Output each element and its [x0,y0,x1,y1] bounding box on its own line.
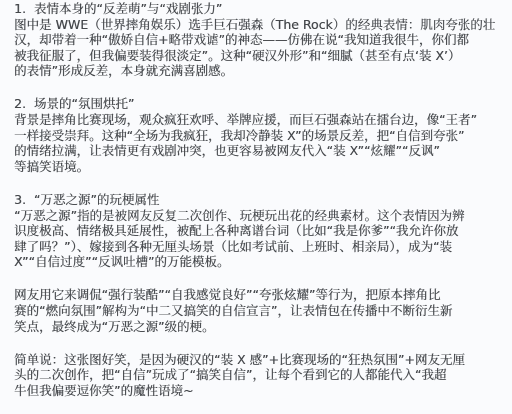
text-line: 一样接受崇拜。这种“全场为我疯狂，我却冷静装 X”的场景反差，把“自信到夸张” [14,128,500,144]
paragraph-section-3: 3. “万恶之源”的玩梗属性 “万恶之源”指的是被网友反复二次创作、玩梗玩出花的… [14,192,500,270]
text-line: 等搞笑语境。 [14,159,500,175]
text-line: 赛的“燃向氛围”解构为“中二又搞笑的自信宣言”，让表情包在传播中不断衍生新 [14,303,500,319]
text-line: 简单说：这张图好笑，是因为硬汉的“装 X 感”+比赛现场的“狂热氛围”+网友无厘 [14,352,500,368]
paragraph-section-1: 1. 表情本身的“反差萌”与“戏剧张力” 图中是 WWE（世界摔角娱乐）选手巨石… [14,1,500,79]
text-line: 背景是摔角比赛现场，观众疯狂欢呼、举牌应援，而巨石强森站在擂台边，像“王者” [14,112,500,128]
section-3-heading: 3. “万恶之源”的玩梗属性 [14,192,500,208]
text-line: 图中是 WWE（世界摔角娱乐）选手巨石强森（The Rock）的经典表情：肌肉夸… [14,17,500,33]
text-line: 牛但我偏要逗你笑”的魔性语境~ [14,383,500,399]
paragraph-summary: 简单说：这张图好笑，是因为硬汉的“装 X 感”+比赛现场的“狂热氛围”+网友无厘… [14,352,500,399]
text-line: 的表情”形成反差，本身就充满喜剧感。 [14,63,500,79]
document-text: 1. 表情本身的“反差萌”与“戏剧张力” 图中是 WWE（世界摔角娱乐）选手巨石… [0,0,512,414]
text-line: “万恶之源”指的是被网友反复二次创作、玩梗玩出花的经典素材。这个表情因为辨 [14,208,500,224]
section-2-heading: 2. 场景的“氛围烘托” [14,96,500,112]
paragraph-section-2: 2. 场景的“氛围烘托” 背景是摔角比赛现场，观众疯狂欢呼、举牌应援，而巨石强森… [14,96,500,174]
text-line: 的情绪拉满，让表情更有戏剧冲突，也更容易被网友代入“装 X”“炫耀”“反讽” [14,143,500,159]
text-line: 笑点，最终成为“万恶之源”级的梗。 [14,319,500,335]
text-line: 汉，却带着一种“傲娇自信+略带戏谑”的神态——仿佛在说“我知道我很牛，你们都 [14,32,500,48]
paragraph-body: 网友用它来调侃“强行装酷”“自我感觉良好”“夸张炫耀”等行为，把原本摔角比 赛的… [14,287,500,334]
section-1-heading: 1. 表情本身的“反差萌”与“戏剧张力” [14,1,500,17]
text-line: 肆了吗？”）、嫁接到各种无厘头场景（比如考试前、上班时、相亲局），成为“装 [14,239,500,255]
text-line: 被我征服了，但我偏要装得很淡定”。这种“硬汉外形”和“细腻（甚至有点‘装 X’） [14,48,500,64]
text-line: X”“自信过度”“反讽吐槽”的万能模板。 [14,254,500,270]
text-line: 网友用它来调侃“强行装酷”“自我感觉良好”“夸张炫耀”等行为，把原本摔角比 [14,287,500,303]
text-line: 识度极高、情绪极具延展性，被配上各种离谱台词（比如“我是你爹”“我允许你放 [14,223,500,239]
text-line: 头的二次创作，把“自信”玩成了“搞笑自信”，让每个看到它的人都能代入“我超 [14,367,500,383]
